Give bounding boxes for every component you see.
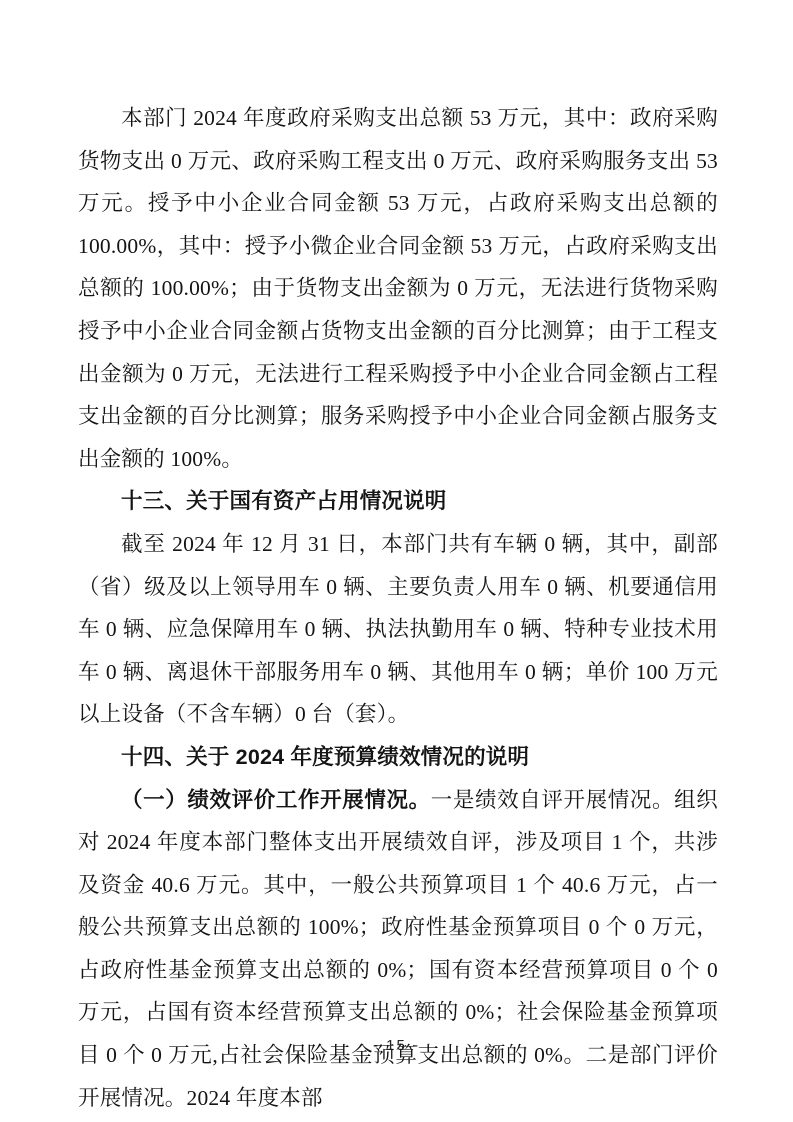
paragraph-text: 一是绩效自评开展情况。组织对 2024 年度本部门整体支出开展绩效自评，涉及项目…: [78, 788, 718, 1110]
performance-paragraph-lead: （一）绩效评价工作开展情况。: [121, 788, 431, 812]
paragraph-state-assets: 截至 2024 年 12 月 31 日，本部门共有车辆 0 辆，其中，副部（省）…: [78, 523, 718, 736]
heading-section-13-state-assets: 十三、关于国有资产占用情况说明: [78, 480, 718, 523]
paragraph-performance-evaluation: （一）绩效评价工作开展情况。一是绩效自评开展情况。组织对 2024 年度本部门整…: [78, 779, 718, 1120]
page-number: - 15 -: [0, 1036, 793, 1056]
paragraph-text: 截至 2024 年 12 月 31 日，本部门共有车辆 0 辆，其中，副部（省）…: [78, 532, 718, 726]
document-page: 本部门 2024 年度政府采购支出总额 53 万元，其中：政府采购货物支出 0 …: [0, 0, 793, 1122]
document-body: 本部门 2024 年度政府采购支出总额 53 万元，其中：政府采购货物支出 0 …: [78, 97, 718, 1119]
paragraph-text: 本部门 2024 年度政府采购支出总额 53 万元，其中：政府采购货物支出 0 …: [78, 106, 718, 471]
paragraph-government-procurement: 本部门 2024 年度政府采购支出总额 53 万元，其中：政府采购货物支出 0 …: [78, 97, 718, 480]
heading-section-14-budget-performance: 十四、关于 2024 年度预算绩效情况的说明: [78, 736, 718, 779]
